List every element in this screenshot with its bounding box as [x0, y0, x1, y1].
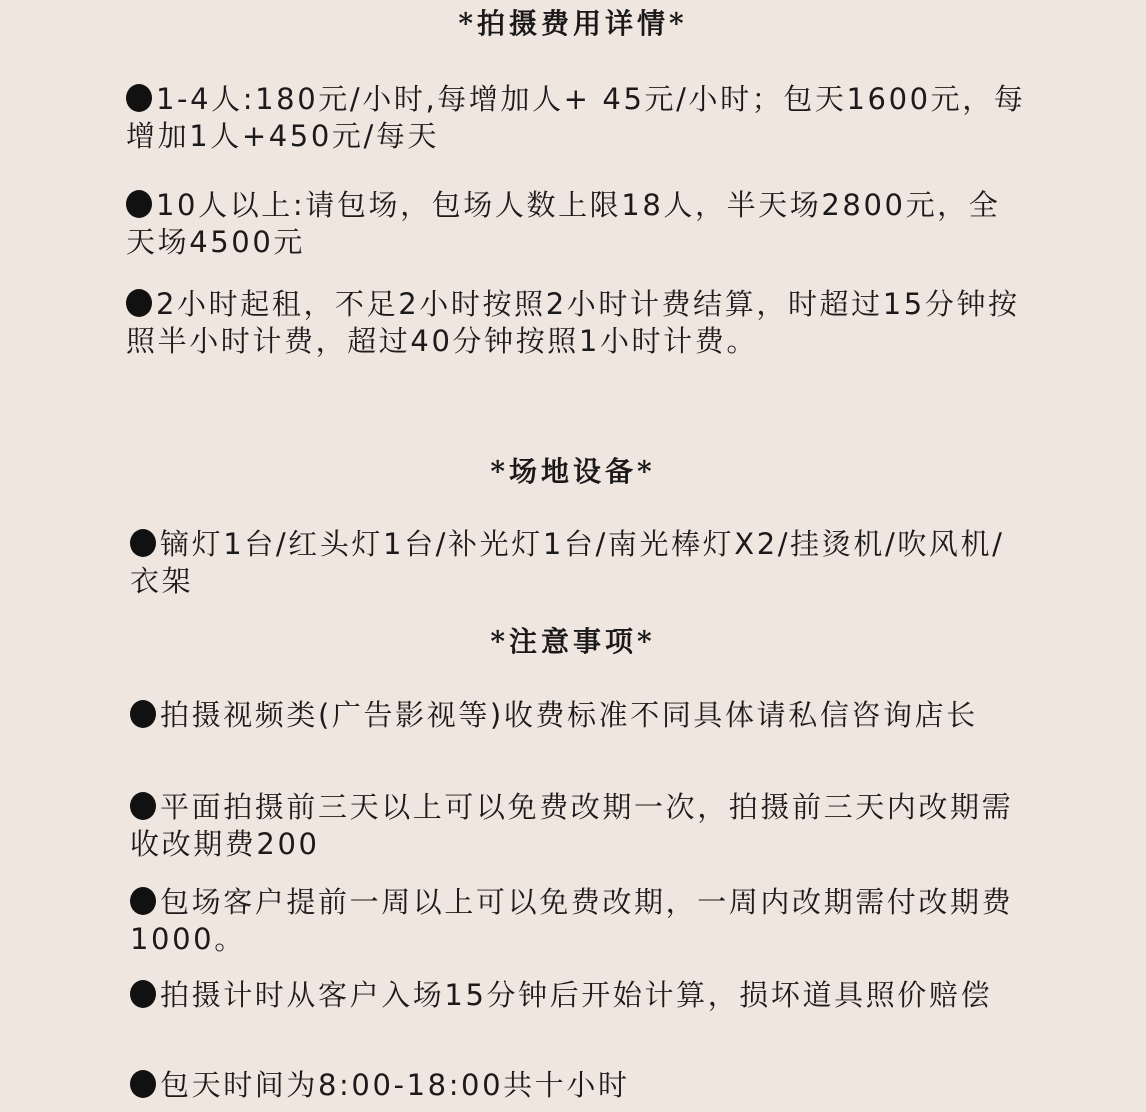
list-item: 2小时起租，不足2小时按照2小时计费结算，时超过15分钟按照半小时计费，超过40… — [126, 286, 1026, 360]
bullet-icon — [126, 190, 152, 218]
list-item: 镝灯1台/红头灯1台/补光灯1台/南光棒灯X2/挂烫机/吹风机/衣架 — [130, 526, 1030, 600]
list-item-text: 镝灯1台/红头灯1台/补光灯1台/南光棒灯X2/挂烫机/吹风机/衣架 — [130, 527, 1005, 598]
bullet-icon — [130, 980, 156, 1008]
list-item: 1-4人:180元/小时,每增加人+ 45元/小时；包天1600元，每增加1人+… — [126, 81, 1026, 155]
section-title-equipment: *场地设备* — [0, 454, 1146, 490]
list-item: 包天时间为8:00-18:00共十小时 — [130, 1067, 1030, 1104]
list-item: 包场客户提前一周以上可以免费改期，一周内改期需付改期费1000。 — [130, 884, 1030, 958]
list-item-text: 1-4人:180元/小时,每增加人+ 45元/小时；包天1600元，每增加1人+… — [126, 82, 1025, 153]
list-item-text: 包天时间为8:00-18:00共十小时 — [160, 1068, 630, 1102]
bullet-icon — [130, 1070, 156, 1098]
bullet-icon — [126, 289, 152, 317]
bullet-icon — [126, 84, 152, 112]
list-item: 拍摄计时从客户入场15分钟后开始计算，损坏道具照价赔偿 — [130, 977, 1030, 1014]
list-item-text: 拍摄视频类(广告影视等)收费标准不同具体请私信咨询店长 — [160, 698, 978, 732]
bullet-icon — [130, 792, 156, 820]
section-title-shooting-fees: *拍摄费用详情* — [0, 6, 1146, 42]
list-item-text: 包场客户提前一周以上可以免费改期，一周内改期需付改期费1000。 — [130, 885, 1013, 956]
list-item: 10人以上:请包场，包场人数上限18人，半天场2800元，全天场4500元 — [126, 187, 1026, 261]
section-title-notes: *注意事项* — [0, 624, 1146, 660]
list-item-text: 2小时起租，不足2小时按照2小时计费结算，时超过15分钟按照半小时计费，超过40… — [126, 287, 1020, 358]
list-item: 平面拍摄前三天以上可以免费改期一次，拍摄前三天内改期需收改期费200 — [130, 789, 1030, 863]
bullet-icon — [130, 887, 156, 915]
list-item-text: 拍摄计时从客户入场15分钟后开始计算，损坏道具照价赔偿 — [160, 978, 992, 1012]
list-item-text: 10人以上:请包场，包场人数上限18人，半天场2800元，全天场4500元 — [126, 188, 1000, 259]
list-item-text: 平面拍摄前三天以上可以免费改期一次，拍摄前三天内改期需收改期费200 — [130, 790, 1013, 861]
bullet-icon — [130, 529, 156, 557]
list-item: 拍摄视频类(广告影视等)收费标准不同具体请私信咨询店长 — [130, 697, 1030, 734]
bullet-icon — [130, 700, 156, 728]
